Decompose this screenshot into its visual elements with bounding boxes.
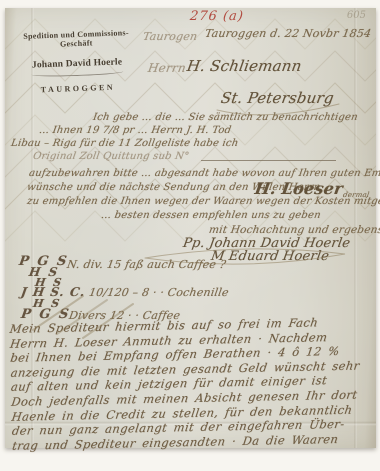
postscript-paragraph: Mein Spediteur hiermit bis auf so frei i… xyxy=(10,314,375,453)
letter-sheet: 276 (a) 605 Spedition und Commissions- G… xyxy=(5,8,376,448)
cargo-desc-1: N. div. 15 faß auch Caffee ? xyxy=(66,258,227,271)
body-line-7: zu empfehlen die Ihnen wegen der Waaren … xyxy=(26,196,380,207)
body-line-2: … Ihnen 19 7/8 pr … Herrn J. H. Tod xyxy=(38,125,232,136)
signature-person: M Eduard Hoerle xyxy=(210,249,330,264)
letterhead-place-name: TAUROGGEN xyxy=(14,82,142,95)
body-line-3: Libau – Riga für die 11 Zollgeliste habe… xyxy=(10,138,239,149)
closing-salutation: mit Hochachtung und ergebenst xyxy=(208,224,380,236)
dateline-main: Tauroggen d. 22 Novbr 1854 xyxy=(204,27,372,40)
blank-line-rule xyxy=(201,160,336,161)
archive-catalog-number: 276 (a) xyxy=(189,9,244,24)
recipient-salutation: Herrn xyxy=(147,61,187,75)
body-line-5: aufzubewahren bitte … abgesandt habe wov… xyxy=(28,168,380,179)
recipient-name: H. Schliemann xyxy=(186,57,303,75)
cargo-desc-4: 10/120 – 8 · · Cochenille xyxy=(88,286,230,299)
body-line-8: … besten dessen empfehlen uns zu geben xyxy=(100,210,321,221)
recipient-city: St. Petersburg xyxy=(220,89,336,107)
corner-pencil-number: 605 xyxy=(347,10,366,21)
body-line-4: Original Zoll Quittung sub N° xyxy=(32,151,190,162)
body-line-1: Ich gebe … die … Sie sämtlich zu benachr… xyxy=(92,112,358,123)
dateline-prefix: Taurogen xyxy=(142,30,198,43)
letterhead-stamp: Spedition und Commissions- Geschäft Joha… xyxy=(12,28,142,95)
letter-photo: 276 (a) 605 Spedition und Commissions- G… xyxy=(0,0,380,471)
